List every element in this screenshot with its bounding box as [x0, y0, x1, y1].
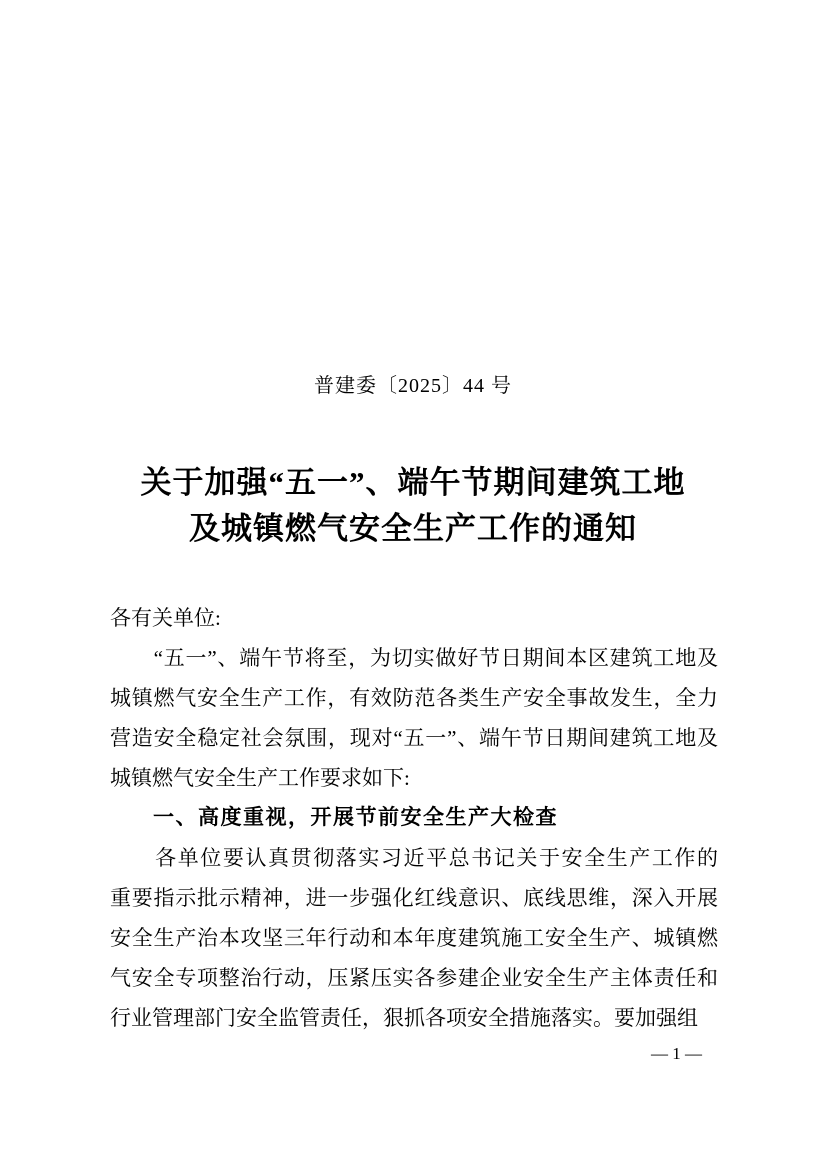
text-line: 重要指示批示精神，进一步强化红线意识、底线思维，深入开展	[110, 878, 718, 918]
text-line: 安全生产治本攻坚三年行动和本年度建筑施工安全生产、城镇燃	[110, 918, 718, 958]
document-number: 普建委〔2025〕44 号	[0, 372, 826, 400]
page-number: — 1 —	[651, 1044, 702, 1064]
document-page: 普建委〔2025〕44 号 关于加强“五一”、端午节期间建筑工地 及城镇燃气安全…	[0, 0, 826, 1169]
document-title-line-1: 关于加强“五一”、端午节期间建筑工地	[0, 460, 826, 506]
text-line: 气安全专项整治行动，压紧压实各参建企业安全生产主体责任和	[110, 958, 718, 998]
text-line: 各单位要认真贯彻落实习近平总书记关于安全生产工作的	[110, 838, 718, 878]
salutation: 各有关单位:	[110, 598, 718, 638]
paragraph-1: “五一”、端午节将至，为切实做好节日期间本区建筑工地及城镇燃气安全生产工作，有效…	[110, 638, 718, 798]
document-title: 关于加强“五一”、端午节期间建筑工地 及城镇燃气安全生产工作的通知	[0, 460, 826, 552]
text-line: 城镇燃气安全生产工作，有效防范各类生产安全事故发生，全力	[110, 678, 718, 718]
text-line: 行业管理部门安全监管责任，狠抓各项安全措施落实。要加强组	[110, 998, 718, 1038]
paragraph-2: 各单位要认真贯彻落实习近平总书记关于安全生产工作的重要指示批示精神，进一步强化红…	[110, 838, 718, 1038]
text-line: 城镇燃气安全生产工作要求如下:	[110, 758, 718, 798]
section-1-heading: 一、高度重视，开展节前安全生产大检查	[110, 798, 718, 838]
text-line: 营造安全稳定社会氛围，现对“五一”、端午节日期间建筑工地及	[110, 718, 718, 758]
document-title-line-2: 及城镇燃气安全生产工作的通知	[0, 506, 826, 552]
text-line: “五一”、端午节将至，为切实做好节日期间本区建筑工地及	[110, 638, 718, 678]
document-body: 各有关单位: “五一”、端午节将至，为切实做好节日期间本区建筑工地及城镇燃气安全…	[110, 598, 718, 1038]
